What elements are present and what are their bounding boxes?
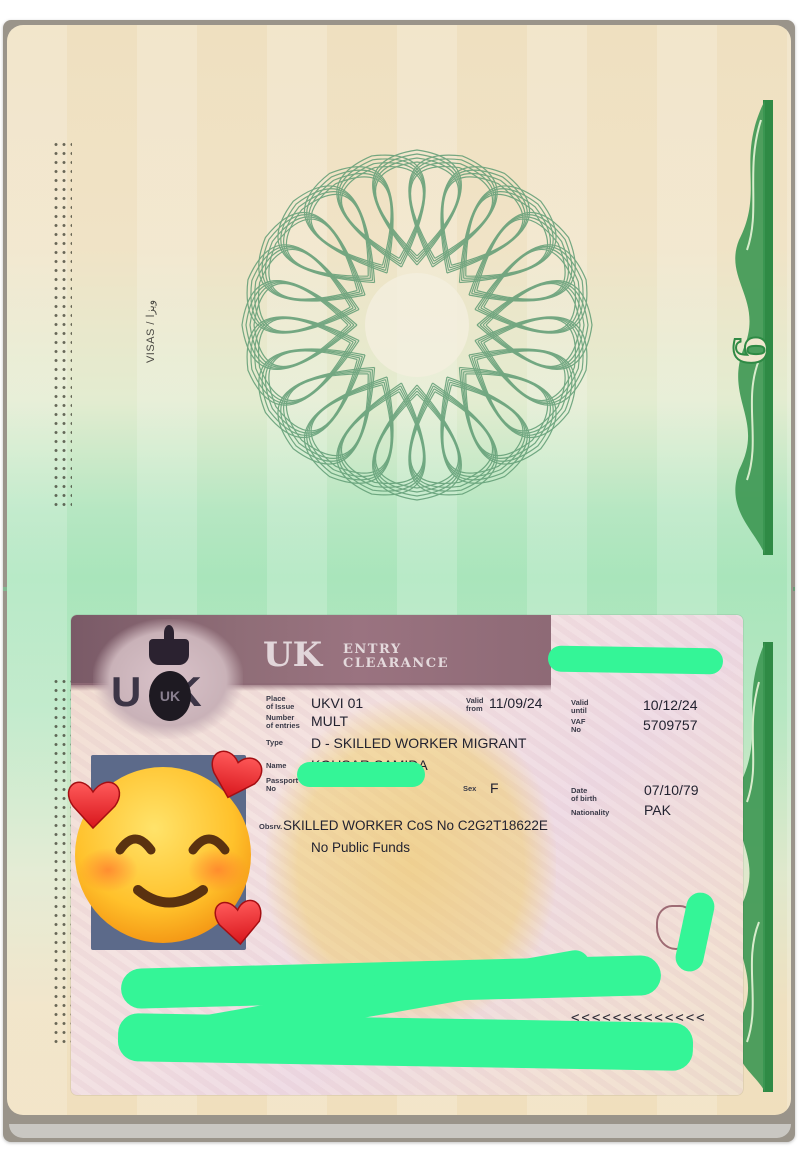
passport-booklet: VISAS / ویزا 9 UK UK UK — [3, 20, 795, 1142]
redaction-mark — [297, 762, 425, 787]
perforated-serial-number — [52, 140, 72, 510]
valid-until-label: Validuntil — [571, 699, 589, 715]
page-edge — [9, 1124, 791, 1138]
sex-label: Sex — [463, 785, 476, 793]
observations-line2: No Public Funds — [311, 840, 410, 856]
vaf-no-label: VAFNo — [571, 718, 585, 734]
valid-from-label: Validfrom — [466, 697, 484, 713]
date-of-birth-value: 07/10/79 — [644, 782, 699, 798]
observations-line1: SKILLED WORKER CoS No C2G2T18622E — [283, 818, 548, 834]
valid-from-value: 11/09/24 — [489, 695, 542, 711]
sex-value: F — [490, 780, 499, 796]
date-of-birth-label: Dateof birth — [571, 787, 597, 803]
nationality-value: PAK — [644, 802, 671, 818]
uk-logo: UK UK — [93, 619, 243, 739]
passport-page-top: VISAS / ویزا 9 — [7, 25, 791, 577]
guilloche-rosette-icon — [207, 115, 627, 535]
passport-no-label: PassportNo — [266, 777, 298, 793]
ornamental-border-icon — [725, 100, 777, 555]
page-number: 9 — [723, 335, 773, 365]
valid-until-value: 10/12/24 — [643, 697, 698, 713]
number-of-entries-value: MULT — [311, 713, 348, 729]
redaction-mark — [548, 645, 723, 674]
smiling-face-with-hearts-icon — [63, 750, 263, 950]
header-title-line1: ENTRY — [343, 643, 449, 657]
header-title-line2: CLEARANCE — [343, 657, 449, 671]
visas-page-label: VISAS / ویزا — [144, 300, 157, 363]
place-of-issue-label: Placeof Issue — [266, 695, 294, 711]
type-label: Type — [266, 739, 283, 747]
crown-icon — [149, 639, 189, 665]
type-value: D - SKILLED WORKER MIGRANT — [311, 735, 526, 751]
place-of-issue-value: UKVI 01 — [311, 695, 363, 711]
nationality-label: Nationality — [571, 809, 609, 817]
header-title: ENTRY CLEARANCE — [343, 643, 449, 671]
uk-orb-icon: UK — [149, 671, 191, 721]
redaction-mark — [118, 1013, 694, 1071]
vaf-no-value: 5709757 — [643, 717, 698, 733]
name-label: Name — [266, 762, 286, 770]
number-of-entries-label: Numberof entries — [266, 714, 300, 730]
header-uk-mark: UK — [263, 635, 322, 675]
